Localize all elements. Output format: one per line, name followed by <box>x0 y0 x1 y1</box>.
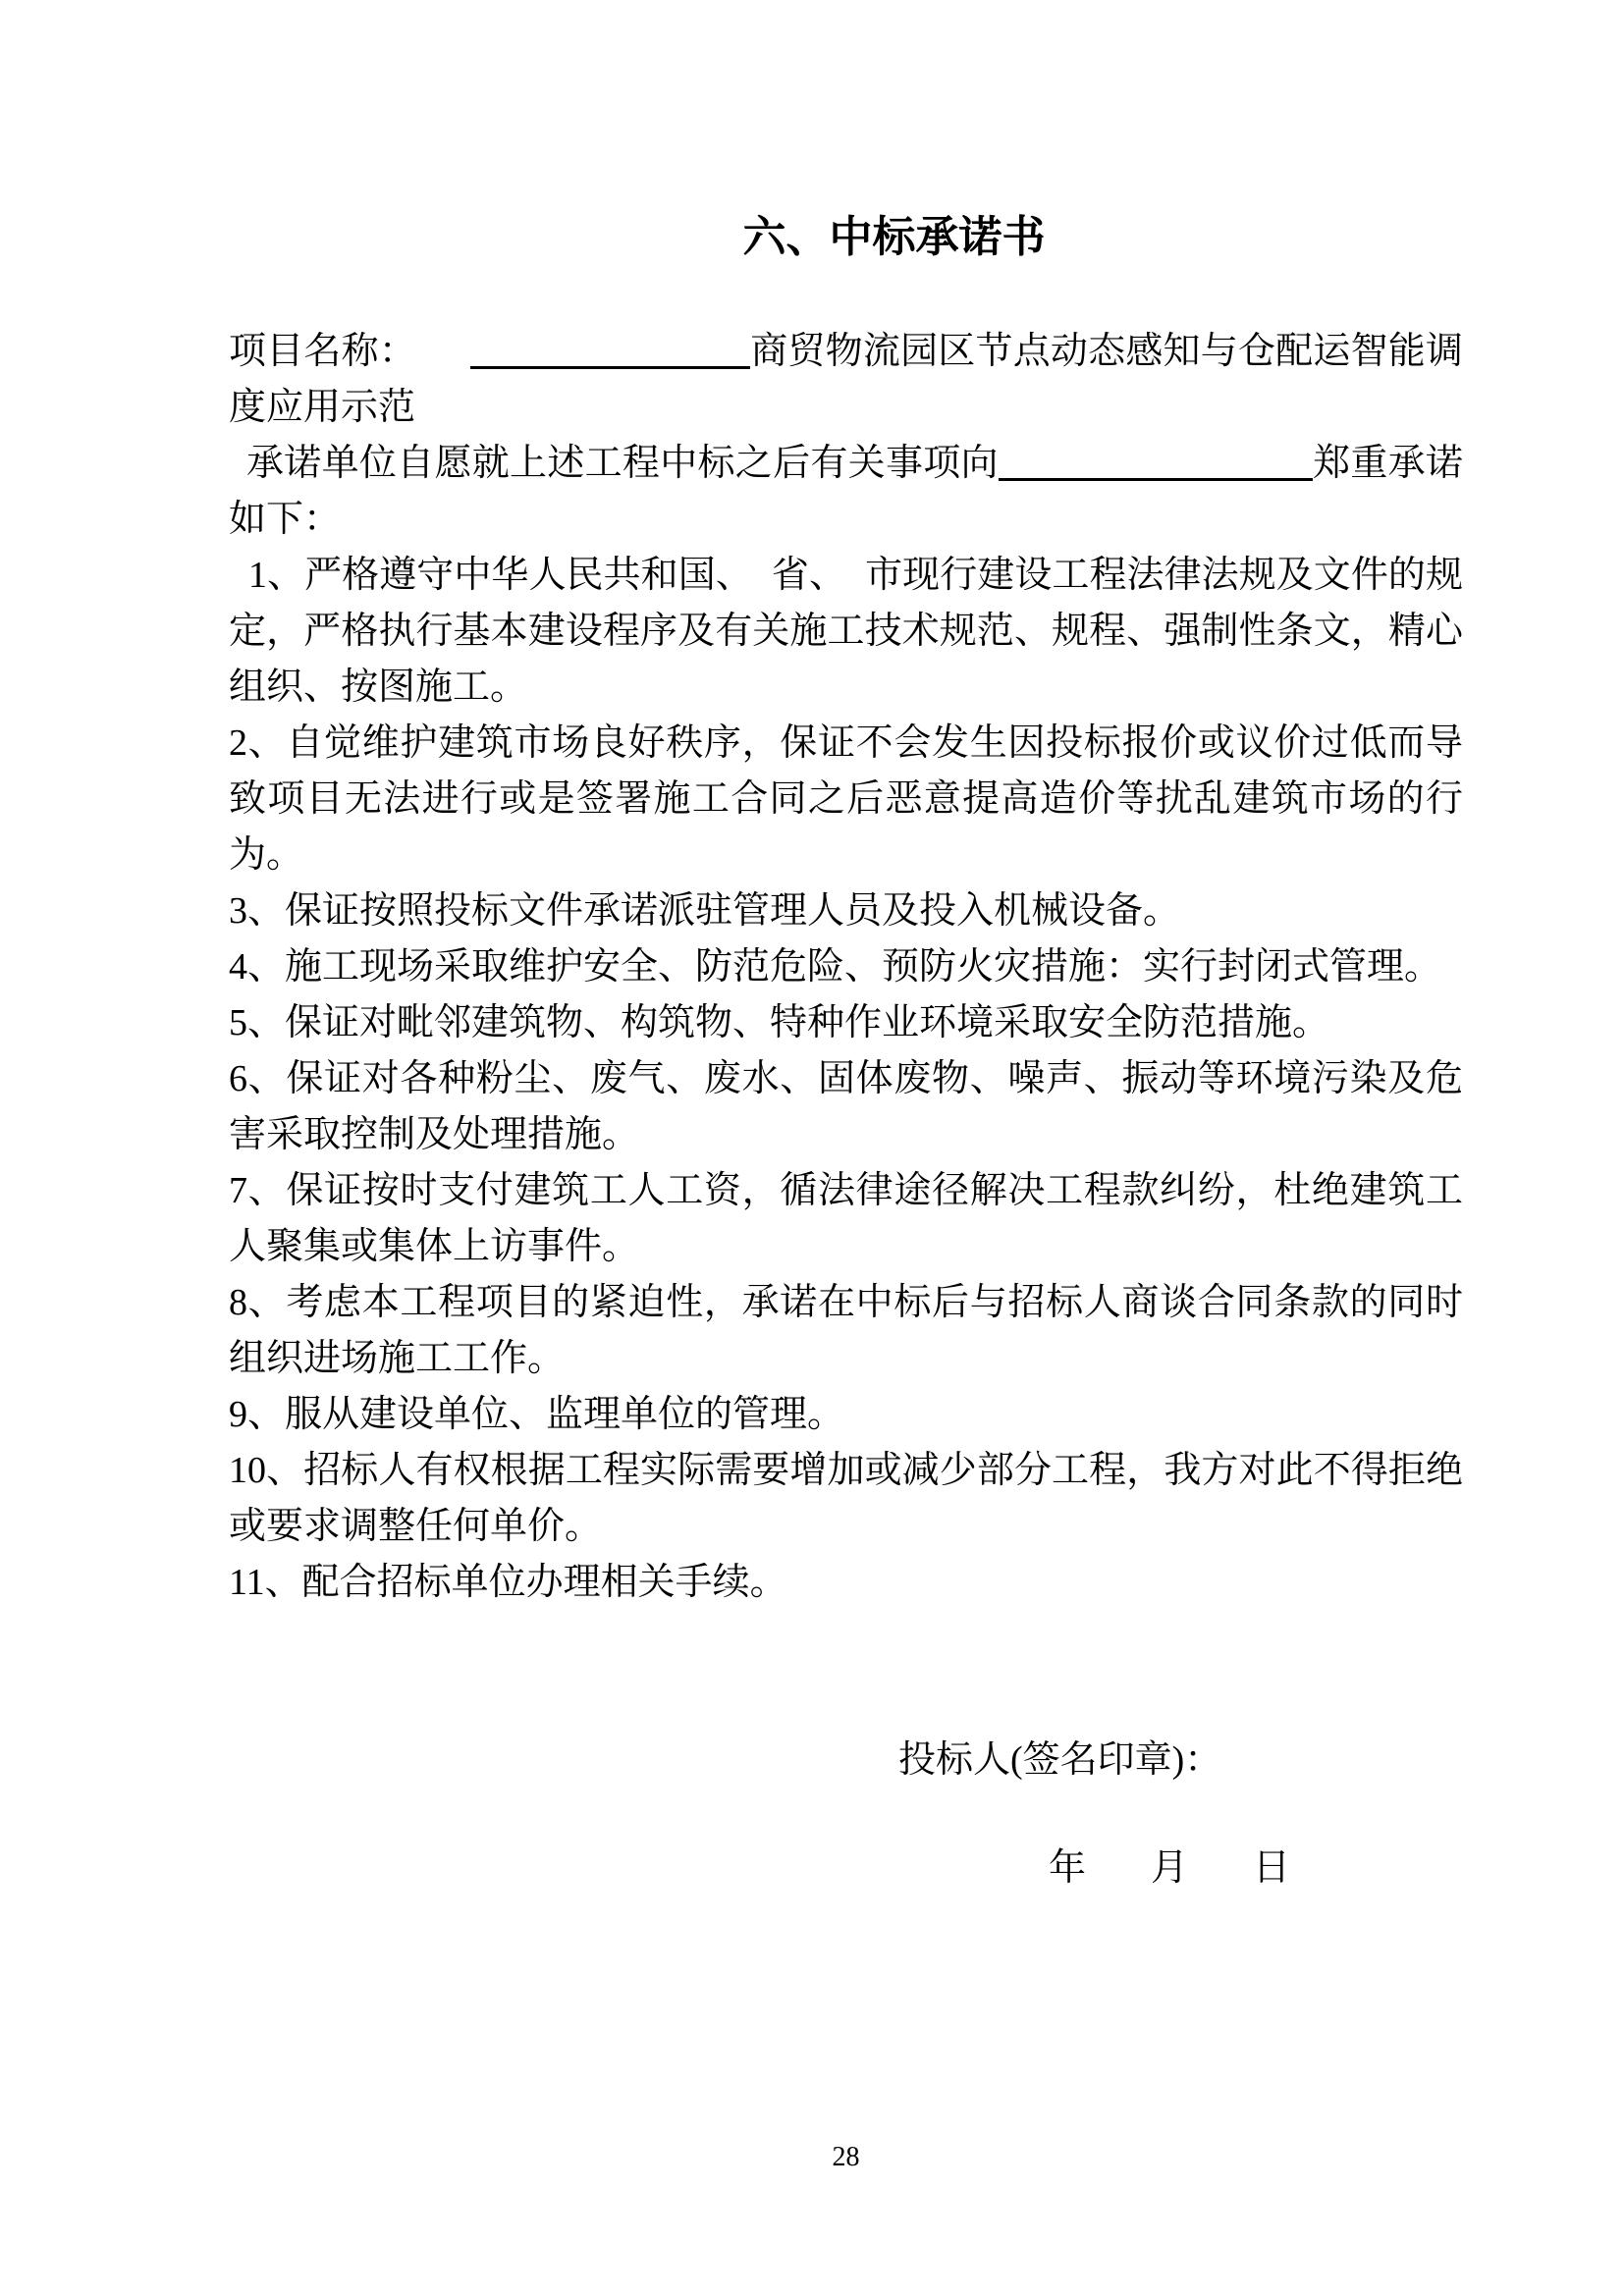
commitment-item: 11、配合招标单位办理相关手续。 <box>229 1555 1463 1611</box>
commitment-item: 6、保证对各种粉尘、废气、废水、固体废物、噪声、振动等环境污染及危害采取控制及处… <box>229 1051 1463 1163</box>
project-name-label: 项目名称： <box>229 331 416 372</box>
commitment-item: 1、严格遵守中华人民共和国、 省、 市现行建设工程法律法规及文件的规定，严格执行… <box>229 548 1463 716</box>
intro-prefix: 承诺单位自愿就上述工程中标之后有关事项向 <box>246 443 999 484</box>
date-line: 年 月 日 <box>229 1841 1463 1896</box>
commitment-item: 5、保证对毗邻建筑物、构筑物、特种作业环境采取安全防范措施。 <box>229 995 1463 1051</box>
page-title: 六、中标承诺书 <box>229 214 1463 261</box>
commitment-item: 10、招标人有权根据工程实际需要增加或减少部分工程，我方对此不得拒绝或要求调整任… <box>229 1443 1463 1555</box>
document-body: 项目名称：商贸物流园区节点动态感知与仓配运智能调度应用示范 承诺单位自愿就上述工… <box>229 324 1463 1611</box>
project-name-blank <box>470 333 750 369</box>
commitment-item: 9、服从建设单位、监理单位的管理。 <box>229 1387 1463 1443</box>
commitment-item: 2、自觉维护建筑市场良好秩序，保证不会发生因投标报价或议价过低而导致项目无法进行… <box>229 716 1463 883</box>
commitment-item: 8、考虑本工程项目的紧迫性，承诺在中标后与招标人商谈合同条款的同时组织进场施工工… <box>229 1275 1463 1387</box>
document-page: 六、中标承诺书 项目名称：商贸物流园区节点动态感知与仓配运智能调度应用示范 承诺… <box>0 0 1624 2296</box>
commitment-intro-line: 承诺单位自愿就上述工程中标之后有关事项向郑重承诺如下： <box>229 436 1463 548</box>
promisee-blank <box>999 445 1313 481</box>
year-label: 年 <box>1049 1841 1086 1896</box>
project-name-line: 项目名称：商贸物流园区节点动态感知与仓配运智能调度应用示范 <box>229 324 1463 436</box>
commitment-item: 7、保证按时支付建筑工人工资，循法律途径解决工程款纠纷，杜绝建筑工人聚集或集体上… <box>229 1163 1463 1275</box>
day-label: 日 <box>1253 1841 1290 1896</box>
commitment-item: 3、保证按照投标文件承诺派驻管理人员及投入机械设备。 <box>229 883 1463 939</box>
bidder-signature-label: 投标人(签名印章)： <box>229 1733 1463 1789</box>
commitment-item: 4、施工现场采取维护安全、防范危险、预防火灾措施：实行封闭式管理。 <box>229 939 1463 995</box>
month-label: 月 <box>1151 1841 1188 1896</box>
page-number: 28 <box>229 2140 1463 2175</box>
